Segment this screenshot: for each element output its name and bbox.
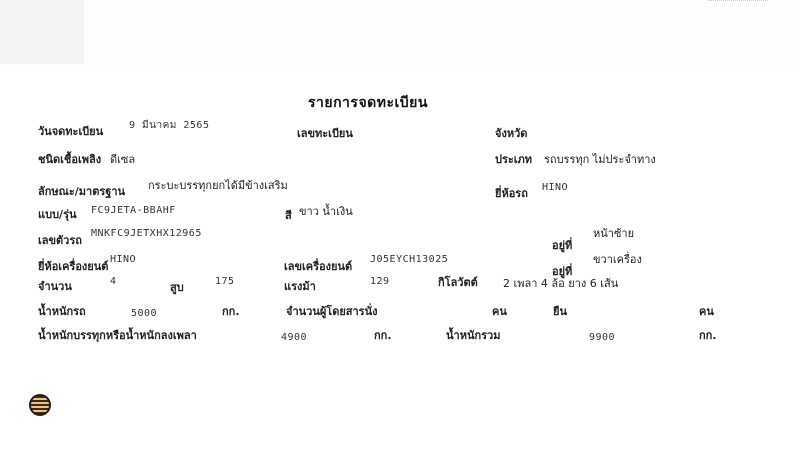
axles-text: 2 เพลา 4 ล้อ ยาง 6 เส้น (503, 278, 618, 290)
color-label: สี (285, 210, 292, 222)
cylinders-value: 4 (110, 276, 117, 288)
chassis-location-value: หน้าซ้าย (593, 228, 634, 240)
fuel-type-label: ชนิดเชื้อเพลิง (38, 154, 101, 166)
engine-no-label: เลขเครื่องยนต์ (284, 261, 352, 273)
document-title: รายการจดทะเบียน (308, 92, 428, 114)
vehicle-type-label: ประเภท (495, 154, 532, 166)
characteristic-label: ลักษณะ/มาตรฐาน (38, 186, 125, 198)
round-stamp-icon (29, 394, 51, 416)
brand-value: HINO (542, 182, 568, 194)
cc-value: 175 (215, 276, 235, 288)
province-label: จังหวัด (495, 128, 527, 140)
model-label: แบบ/รุ่น (38, 209, 77, 221)
fuel-type-value: ดีเซล (110, 154, 135, 166)
load-weight-unit: กก. (374, 330, 392, 342)
vehicle-weight-value: 5000 (131, 308, 157, 320)
registration-date-label: วันจดทะเบียน (38, 126, 103, 138)
horsepower-label: แรงม้า (284, 281, 316, 293)
top-blank-band (0, 0, 800, 66)
vehicle-weight-label: น้ำหนักรถ (38, 306, 86, 318)
model-value: FC9JETA-BBAHF (91, 205, 176, 217)
kilowatt-label: กิโลวัตต์ (438, 277, 478, 289)
engine-location-value: ขวาเครื่อง (593, 254, 642, 266)
registration-date-value: 9 มีนาคม 2565 (129, 120, 209, 132)
top-left-shadow (0, 0, 84, 64)
engine-brand-value: HINO (110, 254, 136, 266)
cylinders-label: จำนวน (38, 281, 72, 293)
horsepower-value: 129 (370, 276, 390, 288)
characteristic-value: กระบะบรรทุกยกได้มีข้างเสริม (148, 180, 288, 192)
vehicle-type-value: รถบรรทุก ไม่ประจำทาง (544, 154, 656, 166)
seated-passengers-label: จำนวนผู้โดยสารนั่ง (286, 306, 377, 318)
standing-unit: คน (699, 306, 714, 318)
registration-no-label: เลขทะเบียน (297, 128, 353, 140)
brand-label: ยี่ห้อรถ (495, 188, 528, 200)
vehicle-weight-unit: กก. (222, 306, 240, 318)
engine-brand-label: ยี่ห้อเครื่องยนต์ (38, 261, 108, 273)
standing-label: ยืน (553, 306, 567, 318)
scan-artifact (708, 0, 768, 7)
cylinders-unit: สูบ (170, 282, 184, 294)
chassis-location-label: อยู่ที่ (552, 240, 572, 252)
seated-passengers-unit: คน (492, 306, 507, 318)
color-value: ขาว น้ำเงิน (299, 206, 353, 218)
engine-no-value: J05EYCH13025 (370, 254, 448, 266)
total-weight-value: 9900 (589, 332, 615, 344)
total-weight-unit: กก. (699, 330, 717, 342)
chassis-no-value: MNKFC9JETXHX12965 (91, 228, 202, 240)
total-weight-label: น้ำหนักรวม (446, 330, 500, 342)
chassis-no-label: เลขตัวรถ (38, 235, 82, 247)
load-weight-label: น้ำหนักบรรทุกหรือน้ำหนักลงเพลา (38, 330, 197, 342)
load-weight-value: 4900 (281, 332, 307, 344)
